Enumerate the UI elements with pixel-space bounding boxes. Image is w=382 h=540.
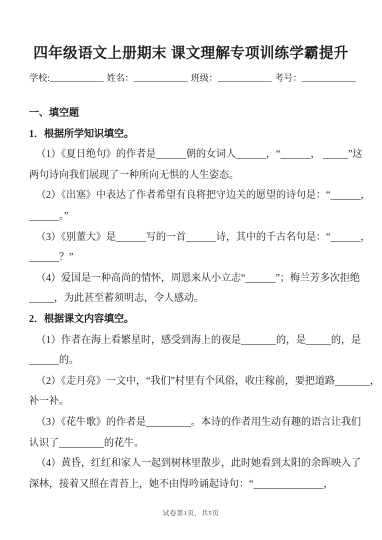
question-stem: 2．根据课文内容填空。 <box>29 310 361 331</box>
question-line: （2）《出塞》中表达了作者希望有良将把守边关的愿望的诗句是：“______， <box>29 186 361 207</box>
student-info-line: 学校:____________姓名：____________班级：_______… <box>0 71 382 84</box>
question-line: _____，为此甚至蓄须明志，令人感动。 <box>29 289 361 310</box>
question-content: 一、填空题1．根据所学知识填空。（1）《夏日绝句》的作者是______朝的女词人… <box>29 104 361 495</box>
question-line: （3）《别董大》是______写的一首______诗，其中的千古名句是：“___… <box>29 228 361 249</box>
question-line: ______？” <box>29 248 361 269</box>
question-line: （1）《夏日绝句》的作者是______朝的女词人______，“______， … <box>29 145 361 166</box>
question-line: （3）《花牛歌》的作者是_________。本诗的作者用生动有趣的语言让我们 <box>29 413 361 434</box>
info-field-blank: ____________ <box>302 73 356 83</box>
info-field-label: 班级： <box>191 73 218 83</box>
question-line: （2）《走月亮》一文中，“我们”村里有个风俗，收庄稼前，要把道路_______， <box>29 372 361 393</box>
question-line: （4）爱国是一种高尚的情怀，周恩来从小立志“______”；梅兰芳多次拒绝 <box>29 269 361 290</box>
info-field-blank: ____________ <box>134 73 188 83</box>
question-line: 两句诗向我们展现了一种所向无惧的人生姿态。 <box>29 166 361 187</box>
info-field-label: 学校: <box>29 73 50 83</box>
question-line: 补一补。 <box>29 392 361 413</box>
info-field-label: 姓名： <box>107 73 134 83</box>
question-line: ______。” <box>29 207 361 228</box>
question-line: （4）黄昏，红红和家人一起到树林里散步，此时她看到太阳的余晖映入了 <box>29 454 361 475</box>
info-field-blank: ____________ <box>218 73 272 83</box>
question-line: ______的。 <box>29 351 361 372</box>
section-heading: 一、填空题 <box>29 104 361 125</box>
question-stem: 1．根据所学知识填空。 <box>29 125 361 146</box>
page-title: 四年级语文上册期末 课文理解专项训练学霸提升 <box>0 42 382 63</box>
question-line: 认识了_________的花牛。 <box>29 434 361 455</box>
question-line: 深林，接着又照在青苔上，她不由得吟诵起诗句：“______________， <box>29 475 361 496</box>
question-line: （1）作者在海上看繁星时，感受到海上的夜是_______的，是_____的，是 <box>29 331 361 352</box>
page-footer: 试卷第1页，共5页 <box>0 508 382 517</box>
exam-paper-page: 四年级语文上册期末 课文理解专项训练学霸提升 学校:____________姓名… <box>0 0 382 540</box>
info-field-label: 考号： <box>275 73 302 83</box>
info-field-blank: ____________ <box>50 73 104 83</box>
